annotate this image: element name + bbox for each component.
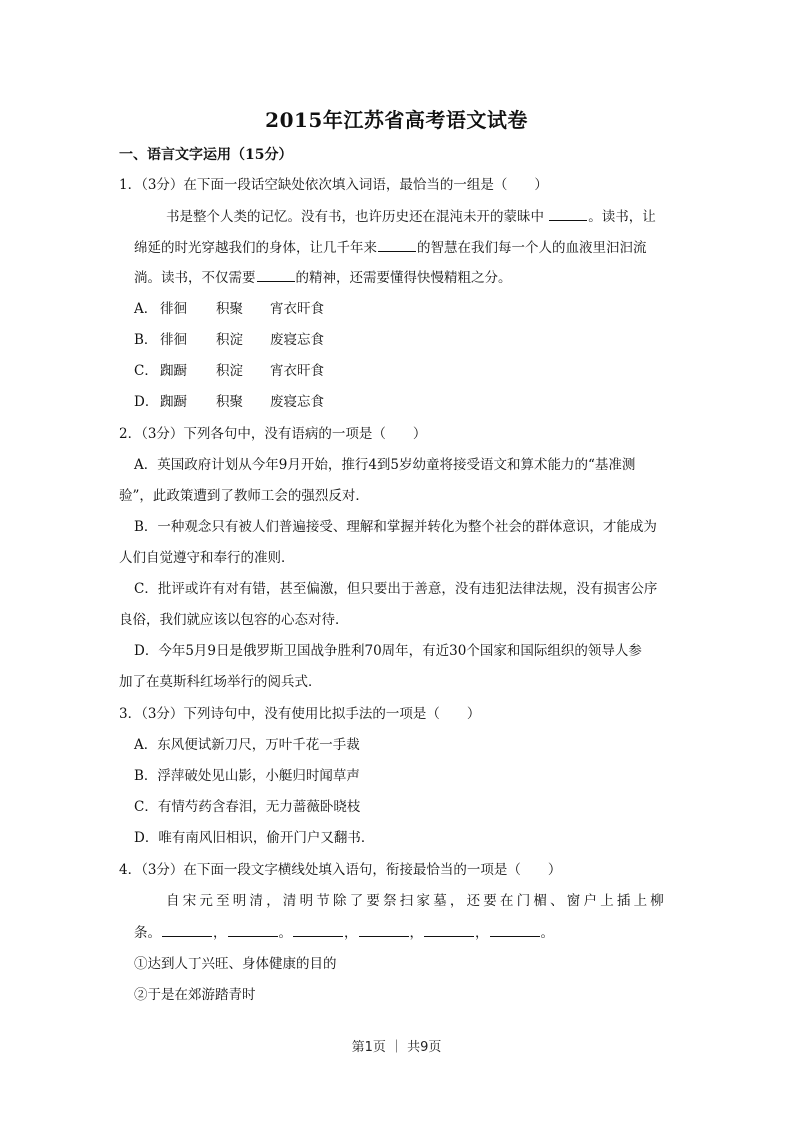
question-4-passage-line-1: 自宋元至明清，清明节除了要祭扫家墓，还要在门楣、窗户上插上柳 — [166, 892, 667, 910]
answer-blank — [490, 923, 540, 937]
punctuation: ， — [475, 925, 489, 941]
question-3-option-b: B．浮萍破处见山影，小艇归时闻草声 — [134, 767, 360, 785]
answer-blank — [293, 923, 343, 937]
section-heading: 一、语言文字运用（15分） — [119, 146, 292, 164]
option-word-1: 踟蹰 — [160, 362, 216, 380]
passage-text: 的精神，还需要懂得快慢精粗之分。 — [296, 270, 512, 286]
option-word-2: 积聚 — [216, 300, 270, 318]
passage-text: 。读书，让 — [588, 209, 656, 225]
question-2-option-b-line-2: 人们自觉遵守和奉行的准则． — [119, 549, 295, 567]
punctuation: ， — [213, 925, 227, 941]
passage-text: 条。 — [134, 925, 161, 941]
question-1-option-d: D．踟蹰积聚废寝忘食 — [134, 393, 324, 411]
question-3-option-d: D．唯有南风旧相识，偷开门户又翻书． — [134, 829, 374, 847]
answer-blank — [257, 268, 295, 282]
option-word-2: 积聚 — [216, 393, 270, 411]
punctuation: ， — [410, 925, 424, 941]
passage-text: 绵延的时光穿越我们的身体，让几千年来 — [134, 240, 377, 256]
question-4-stem: 4．（3分）在下面一段文字横线处填入语句，衔接最恰当的一项是（ ） — [119, 861, 561, 879]
option-word-1: 徘徊 — [160, 331, 216, 349]
page-footer: 第1页 ｜ 共9页 — [0, 1036, 793, 1055]
option-label: C． — [134, 362, 160, 380]
passage-text: 淌。读书，不仅需要 — [134, 270, 256, 286]
question-1-passage-line-1: 书是整个人类的记忆。没有书，也许历史还在混沌未开的蒙昧中 。读书，让 — [166, 207, 656, 226]
question-2-option-b-line-1: B．一种观念只有被人们普遍接受、理解和掌握并转化为整个社会的群体意识，才能成为 — [134, 518, 657, 536]
question-2-option-c-line-2: 良俗，我们就应该以包容的心态对待． — [119, 611, 349, 629]
question-2-option-d-line-1: D．今年5月9日是俄罗斯卫国战争胜利70周年，有近30个国家和国际组织的领导人参 — [134, 642, 642, 660]
punctuation: 。 — [541, 925, 555, 941]
option-word-1: 徘徊 — [160, 300, 216, 318]
answer-blank — [424, 923, 474, 937]
option-word-1: 踟蹰 — [160, 393, 216, 411]
question-4-item-2: ②于是在郊游踏青时 — [134, 986, 256, 1004]
option-label: B． — [134, 331, 160, 349]
question-2-option-a-line-1: A．英国政府计划从今年9月开始，推行4到5岁幼童将接受语文和算术能力的“基准测 — [134, 456, 635, 474]
option-word-3: 废寝忘食 — [270, 393, 324, 411]
option-word-2: 积淀 — [216, 362, 270, 380]
option-word-3: 宵衣旰食 — [270, 300, 324, 318]
question-2-option-a-line-2: 验”，此政策遭到了教师工会的强烈反对． — [119, 487, 369, 505]
answer-blank — [228, 923, 278, 937]
option-word-3: 宵衣旰食 — [270, 362, 324, 380]
question-2-option-c-line-1: C．批评或许有对有错，甚至偏激，但只要出于善意，没有违犯法律法规，没有损害公序 — [134, 580, 657, 598]
answer-blank — [378, 238, 416, 252]
answer-blank — [549, 207, 587, 221]
question-4-passage-line-2: 条。，。，，，。 — [134, 923, 554, 942]
passage-text: 的智慧在我们每一个人的血液里汩汩流 — [417, 240, 647, 256]
question-4-item-1: ①达到人丁兴旺、身体健康的目的 — [134, 955, 337, 973]
question-1-option-b: B．徘徊积淀废寝忘食 — [134, 331, 324, 349]
option-label: D． — [134, 393, 160, 411]
question-1-passage-line-3: 淌。读书，不仅需要的精神，还需要懂得快慢精粗之分。 — [134, 268, 512, 287]
passage-text: 书是整个人类的记忆。没有书，也许历史还在混沌未开的蒙昧中 — [166, 209, 544, 225]
exam-page: 2015年江苏省高考语文试卷 一、语言文字运用（15分） 1．（3分）在下面一段… — [0, 0, 793, 1122]
question-3-option-c: C．有情芍药含春泪，无力蔷薇卧晓枝 — [134, 798, 360, 816]
punctuation: ， — [344, 925, 358, 941]
question-2-stem: 2．（3分）下列各句中，没有语病的一项是（ ） — [119, 425, 426, 443]
question-1-passage-line-2: 绵延的时光穿越我们的身体，让几千年来的智慧在我们每一个人的血液里汩汩流 — [134, 238, 647, 257]
question-2-option-d-line-2: 加了在莫斯科红场举行的阅兵式． — [119, 673, 322, 691]
question-1-stem: 1．（3分）在下面一段话空缺处依次填入词语，最恰当的一组是（ ） — [119, 176, 548, 194]
punctuation: 。 — [279, 925, 293, 941]
question-1-option-c: C．踟蹰积淀宵衣旰食 — [134, 362, 324, 380]
option-word-3: 废寝忘食 — [270, 331, 324, 349]
answer-blank — [162, 923, 212, 937]
question-3-stem: 3．（3分）下列诗句中，没有使用比拟手法的一项是（ ） — [119, 705, 480, 723]
option-label: A． — [134, 300, 160, 318]
document-title: 2015年江苏省高考语文试卷 — [0, 104, 793, 133]
answer-blank — [359, 923, 409, 937]
option-word-2: 积淀 — [216, 331, 270, 349]
question-1-option-a: A．徘徊积聚宵衣旰食 — [134, 300, 324, 318]
question-3-option-a: A．东风便试新刀尺，万叶千花一手裁 — [134, 736, 360, 754]
